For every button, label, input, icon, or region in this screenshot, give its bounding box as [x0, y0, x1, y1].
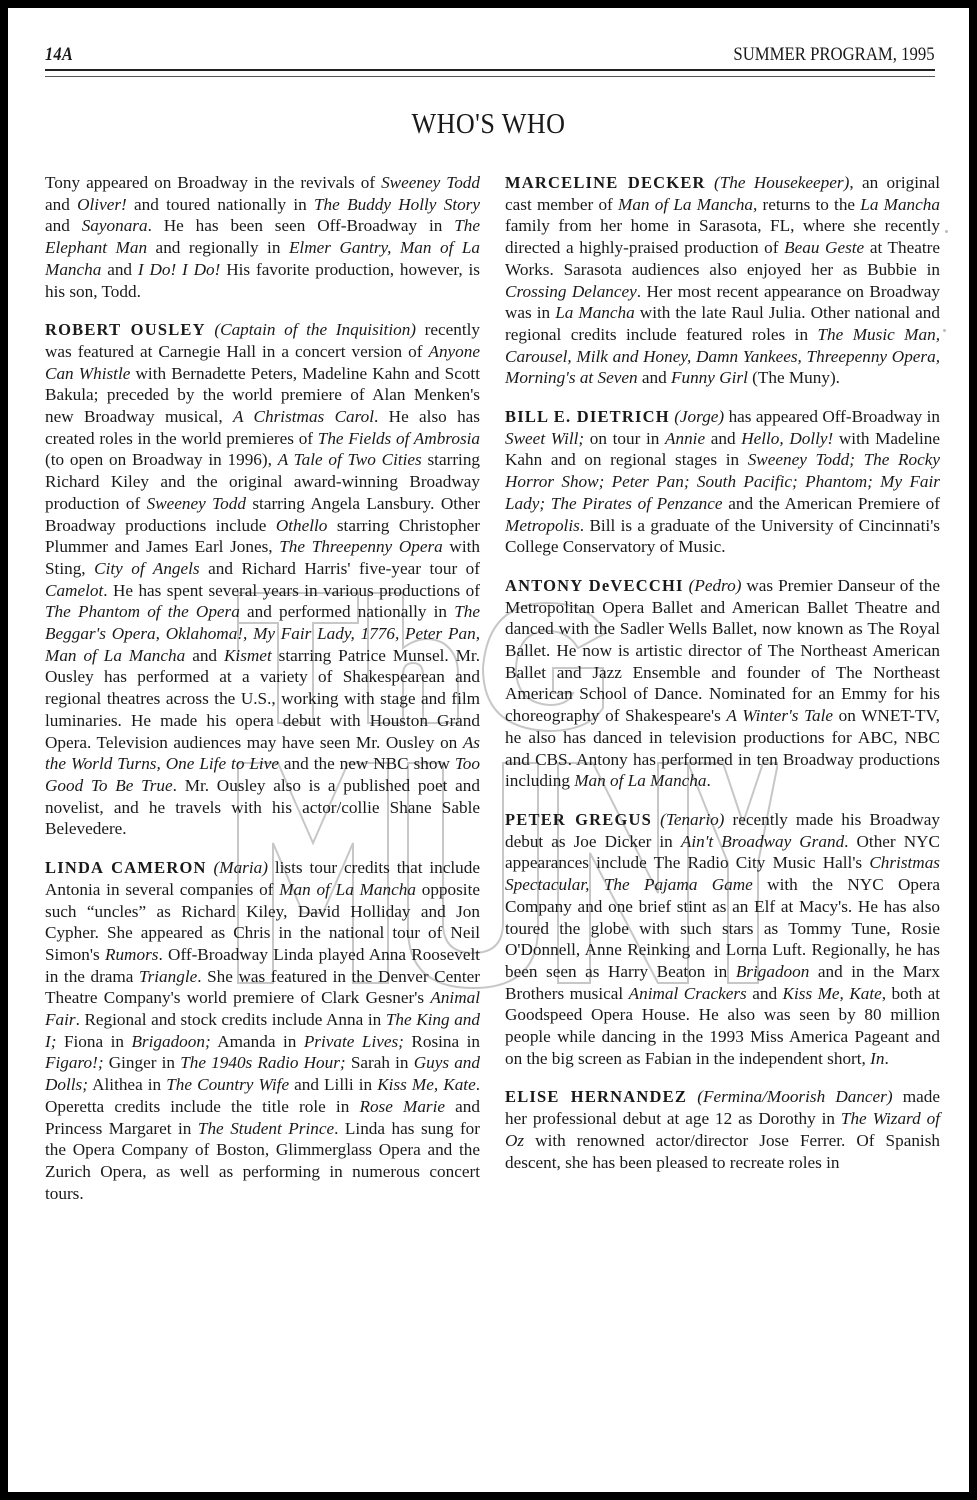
production-title: City of Angels — [94, 559, 200, 578]
bio-text: , returns to the — [753, 195, 860, 214]
bio-text: and performed nationally in — [240, 602, 454, 621]
page-number: 14A — [45, 44, 73, 66]
performer-role: (Jorge) — [674, 407, 724, 426]
performer-name: ROBERT OUSLEY — [45, 320, 206, 339]
production-title: Brigadoon; — [131, 1032, 210, 1051]
production-title: A Christmas Carol — [233, 407, 374, 426]
performer-name: MARCELINE DECKER — [505, 173, 706, 192]
right-column: MARCELINE DECKER (The Housekeeper), an o… — [505, 172, 940, 1190]
bio-text: and — [45, 195, 77, 214]
performer-role: (Fermina/Moorish Dancer) — [697, 1087, 892, 1106]
performer-role: (Pedro) — [689, 576, 742, 595]
production-title: Sweeney Todd — [381, 173, 480, 192]
bio-text: . He has spent several years in various … — [103, 581, 480, 600]
bio-text: Sarah in — [346, 1053, 414, 1072]
production-title: The Threepenny Opera — [279, 537, 443, 556]
performer-role: (Captain of the Inquisition) — [214, 320, 416, 339]
production-title: Funny Girl — [671, 368, 748, 387]
bio-text: Tony appeared on Broadway in the revival… — [45, 173, 381, 192]
performer-name: BILL E. DIETRICH — [505, 407, 670, 426]
bio-text: (The Muny). — [748, 368, 840, 387]
bio-text: on tour in — [584, 429, 665, 448]
bio-text: and Richard Harris' five-year tour of — [200, 559, 480, 578]
production-title: Sayonara — [82, 216, 148, 235]
bio-elise-hernandez: ELISE HERNANDEZ (Fermina/Moorish Dancer)… — [505, 1086, 940, 1173]
performer-name: LINDA CAMERON — [45, 858, 207, 877]
bio-text: and — [185, 646, 224, 665]
bio-robert-ousley: ROBERT OUSLEY (Captain of the Inquisitio… — [45, 319, 480, 840]
bio-text: and regionally in — [147, 238, 289, 257]
scan-speck — [943, 329, 946, 332]
production-title: Oliver! — [77, 195, 127, 214]
production-title: Figaro!; — [45, 1053, 104, 1072]
production-title: The Buddy Holly Story — [314, 195, 480, 214]
bio-text: Amanda in — [211, 1032, 304, 1051]
production-title: The 1940s Radio Hour; — [180, 1053, 345, 1072]
bio-continued: Tony appeared on Broadway in the revival… — [45, 172, 480, 302]
production-title: Man of La Mancha — [279, 880, 416, 899]
bio-marceline-decker: MARCELINE DECKER (The Housekeeper), an o… — [505, 172, 940, 389]
production-title: Ain't Broadway Grand — [681, 832, 844, 851]
bio-text: Alithea in — [88, 1075, 166, 1094]
production-title: The Fields of Ambrosia — [318, 429, 480, 448]
bio-antony-devecchi: ANTONY DeVECCHI (Pedro) was Premier Dans… — [505, 575, 940, 792]
bio-text: and — [747, 984, 783, 1003]
page-title: WHO'S WHO — [56, 108, 921, 141]
bio-text: (to open on Broadway in 1996), — [45, 450, 278, 469]
bio-text: and — [638, 368, 671, 387]
production-title: The Student Prince — [198, 1119, 334, 1138]
production-title: A Winter's Tale — [726, 706, 833, 725]
performer-name: ANTONY DeVECCHI — [505, 576, 684, 595]
production-title: Beau Geste — [784, 238, 864, 257]
production-title: Othello — [276, 516, 328, 535]
bio-text: and toured nationally in — [127, 195, 314, 214]
performer-role: (The Housekeeper) — [714, 173, 849, 192]
bio-text: and Lilli in — [289, 1075, 377, 1094]
left-column: Tony appeared on Broadway in the revival… — [45, 172, 480, 1221]
production-title: Man of La Mancha — [574, 771, 706, 790]
production-title: Metropolis — [505, 516, 580, 535]
production-title: Kiss Me, Kate — [377, 1075, 476, 1094]
production-title: Triangle — [139, 967, 197, 986]
bio-text: with renowned actor/director Jose Ferrer… — [505, 1131, 940, 1172]
production-title: Sweeney Todd — [147, 494, 246, 513]
production-title: La Mancha — [860, 195, 940, 214]
production-title: Sweet Will; — [505, 429, 584, 448]
production-title: La Mancha — [555, 303, 635, 322]
program-page: 14A SUMMER PROGRAM, 1995 WHO'S WHO Tony … — [8, 8, 969, 1492]
bio-text: Fiona in — [56, 1032, 131, 1051]
production-title: Rumors — [105, 945, 158, 964]
bio-text: and — [45, 216, 82, 235]
bio-text: and the American Premiere of — [723, 494, 940, 513]
production-title: Private Lives; — [304, 1032, 404, 1051]
bio-text: . — [884, 1049, 888, 1068]
production-title: Kiss Me, Kate — [783, 984, 882, 1003]
bio-text: . — [706, 771, 710, 790]
bio-peter-gregus: PETER GREGUS (Tenario) recently made his… — [505, 809, 940, 1069]
performer-role: (Maria) — [214, 858, 268, 877]
bio-text: and — [101, 260, 138, 279]
production-title: Camelot — [45, 581, 103, 600]
header-rule-top — [45, 69, 935, 71]
bio-text: . He has been seen Off-Broadway in — [148, 216, 455, 235]
bio-text: . Regional and stock credits include Ann… — [76, 1010, 386, 1029]
production-title: The Phantom of the Opera — [45, 602, 240, 621]
running-head: SUMMER PROGRAM, 1995 — [734, 44, 935, 66]
header-rule-bottom — [45, 76, 935, 77]
production-title: Kismet — [224, 646, 272, 665]
production-title: The Country Wife — [166, 1075, 289, 1094]
production-title: Animal Crackers — [629, 984, 747, 1003]
bio-text: and the new NBC show — [279, 754, 455, 773]
production-title: I Do! I Do! — [138, 260, 221, 279]
production-title: Brigadoon — [736, 962, 810, 981]
bio-text: has appeared Off-Broadway in — [724, 407, 940, 426]
production-title: In — [870, 1049, 884, 1068]
bio-text: and — [705, 429, 741, 448]
scan-speck — [945, 230, 948, 233]
bio-text: Rosina in — [404, 1032, 480, 1051]
production-title: A Tale of Two Cities — [278, 450, 422, 469]
performer-name: ELISE HERNANDEZ — [505, 1087, 687, 1106]
production-title: Hello, Dolly! — [741, 429, 833, 448]
production-title: Crossing Delancey — [505, 282, 637, 301]
production-title: Annie — [665, 429, 705, 448]
bio-text: Ginger in — [104, 1053, 181, 1072]
bio-text: was Premier Danseur of the Metropolitan … — [505, 576, 940, 725]
bio-bill-dietrich: BILL E. DIETRICH (Jorge) has appeared Of… — [505, 406, 940, 558]
performer-role: (Tenario) — [660, 810, 724, 829]
production-title: Rose Marie — [359, 1097, 445, 1116]
performer-name: PETER GREGUS — [505, 810, 652, 829]
page-header: 14A SUMMER PROGRAM, 1995 — [45, 38, 935, 78]
production-title: Man of La Mancha — [618, 195, 753, 214]
bio-linda-cameron: LINDA CAMERON (Maria) lists tour credits… — [45, 857, 480, 1204]
